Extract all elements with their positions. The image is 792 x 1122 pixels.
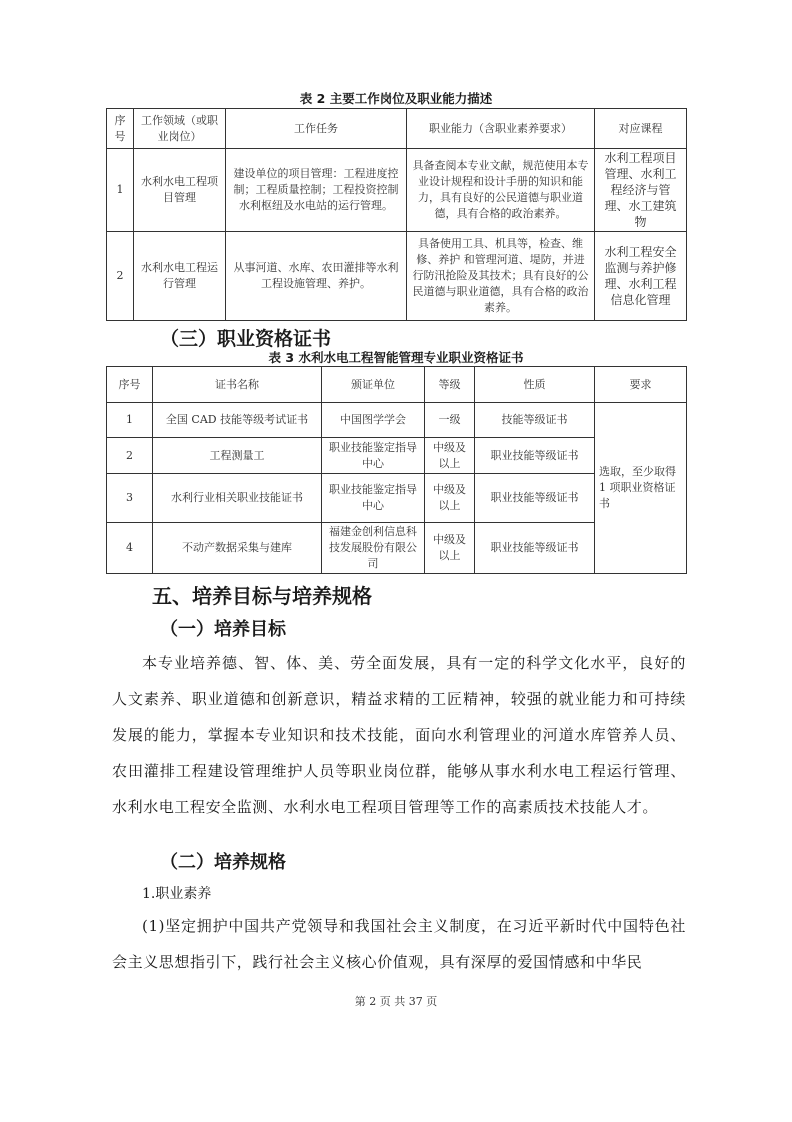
certificate-level: 中级及以上 (425, 523, 475, 574)
work-task: 建设单位的项目管理：工程进度控制；工程质量控制；工程投资控制水利枢纽及水电站的运… (226, 149, 407, 232)
certificate-nature: 职业技能等级证书 (475, 474, 595, 523)
header-cell: 序号 (107, 367, 153, 403)
job-positions-table: 序号 工作领域（或职业岗位） 工作任务 职业能力（含职业素养要求） 对应课程 1… (106, 108, 687, 321)
related-courses: 水利工程项目管理、水利工程经济与管理、水工建筑物 (595, 149, 687, 232)
row-number: 3 (107, 474, 153, 523)
certificate-issuer: 职业技能鉴定指导中心 (322, 474, 425, 523)
header-cell: 颁证单位 (322, 367, 425, 403)
certificate-nature: 职业技能等级证书 (475, 523, 595, 574)
row-number: 2 (107, 438, 153, 474)
certificate-name: 水利行业相关职业技能证书 (153, 474, 322, 523)
certificate-name: 工程测量工 (153, 438, 322, 474)
job-ability: 具备查阅本专业文献，规范使用本专业设计规程和设计手册的知识和能力，具有良好的公民… (407, 149, 595, 232)
certificate-issuer: 职业技能鉴定指导中心 (322, 438, 425, 474)
certificate-name: 不动产数据采集与建库 (153, 523, 322, 574)
section-heading-goal: （一）培养目标 (160, 615, 286, 641)
section-heading-spec: （二）培养规格 (160, 848, 286, 874)
table2-caption: 表 2 主要工作岗位及职业能力描述 (106, 89, 686, 107)
table-row: 2 水利水电工程运行管理 从事河道、水库、农田灌排等水利工程设施管理、养护。 具… (107, 232, 687, 321)
header-cell: 对应课程 (595, 109, 687, 149)
table-row: 1 水利水电工程项目管理 建设单位的项目管理：工程进度控制；工程质量控制；工程投… (107, 149, 687, 232)
certificates-table: 序号 证书名称 颁证单位 等级 性质 要求 1 全国 CAD 技能等级考试证书 … (106, 366, 687, 574)
header-cell: 性质 (475, 367, 595, 403)
row-number: 1 (107, 403, 153, 438)
work-task: 从事河道、水库、农田灌排等水利工程设施管理、养护。 (226, 232, 407, 321)
item-label: 1.职业素养 (142, 883, 716, 903)
certificate-level: 一级 (425, 403, 475, 438)
page-footer: 第 2 页 共 37 页 (0, 993, 792, 1009)
job-ability: 具备使用工具、机具等，检查、维修、养护 和管理河道、堤防，并进行防汛抢险及其技术… (407, 232, 595, 321)
header-cell: 证书名称 (153, 367, 322, 403)
header-cell: 工作任务 (226, 109, 407, 149)
certificate-issuer: 中国图学学会 (322, 403, 425, 438)
header-cell: 要求 (595, 367, 687, 403)
header-cell: 等级 (425, 367, 475, 403)
table-header-row: 序号 证书名称 颁证单位 等级 性质 要求 (107, 367, 687, 403)
work-field: 水利水电工程运行管理 (134, 232, 226, 321)
table-header-row: 序号 工作领域（或职业岗位） 工作任务 职业能力（含职业素养要求） 对应课程 (107, 109, 687, 149)
certificate-name: 全国 CAD 技能等级考试证书 (153, 403, 322, 438)
certificate-issuer: 福建金创利信息科技发展股份有限公司 (322, 523, 425, 574)
table3-caption: 表 3 水利水电工程智能管理专业职业资格证书 (106, 348, 686, 366)
header-cell: 工作领域（或职业岗位） (134, 109, 226, 149)
goal-paragraph: 本专业培养德、智、体、美、劳全面发展，具有一定的科学文化水平，良好的人文素养、职… (112, 645, 686, 825)
certificate-level: 中级及以上 (425, 438, 475, 474)
certificate-nature: 职业技能等级证书 (475, 438, 595, 474)
work-field: 水利水电工程项目管理 (134, 149, 226, 232)
header-cell: 序号 (107, 109, 134, 149)
table-row: 1 全国 CAD 技能等级考试证书 中国图学学会 一级 技能等级证书 选取，至少… (107, 403, 687, 438)
certificate-nature: 技能等级证书 (475, 403, 595, 438)
certificate-level: 中级及以上 (425, 474, 475, 523)
certificate-requirement: 选取，至少取得 1 项职业资格证书 (595, 403, 687, 574)
header-cell: 职业能力（含职业素养要求） (407, 109, 595, 149)
row-number: 1 (107, 149, 134, 232)
section-heading-certificates: （三）职业资格证书 (160, 324, 331, 351)
chapter-heading: 五、培养目标与培养规格 (152, 580, 372, 609)
related-courses: 水利工程安全监测与养护修理、水利工程信息化管理 (595, 232, 687, 321)
row-number: 4 (107, 523, 153, 574)
item-paragraph: (1)坚定拥护中国共产党领导和我国社会主义制度，在习近平新时代中国特色社会主义思… (112, 908, 686, 980)
row-number: 2 (107, 232, 134, 321)
